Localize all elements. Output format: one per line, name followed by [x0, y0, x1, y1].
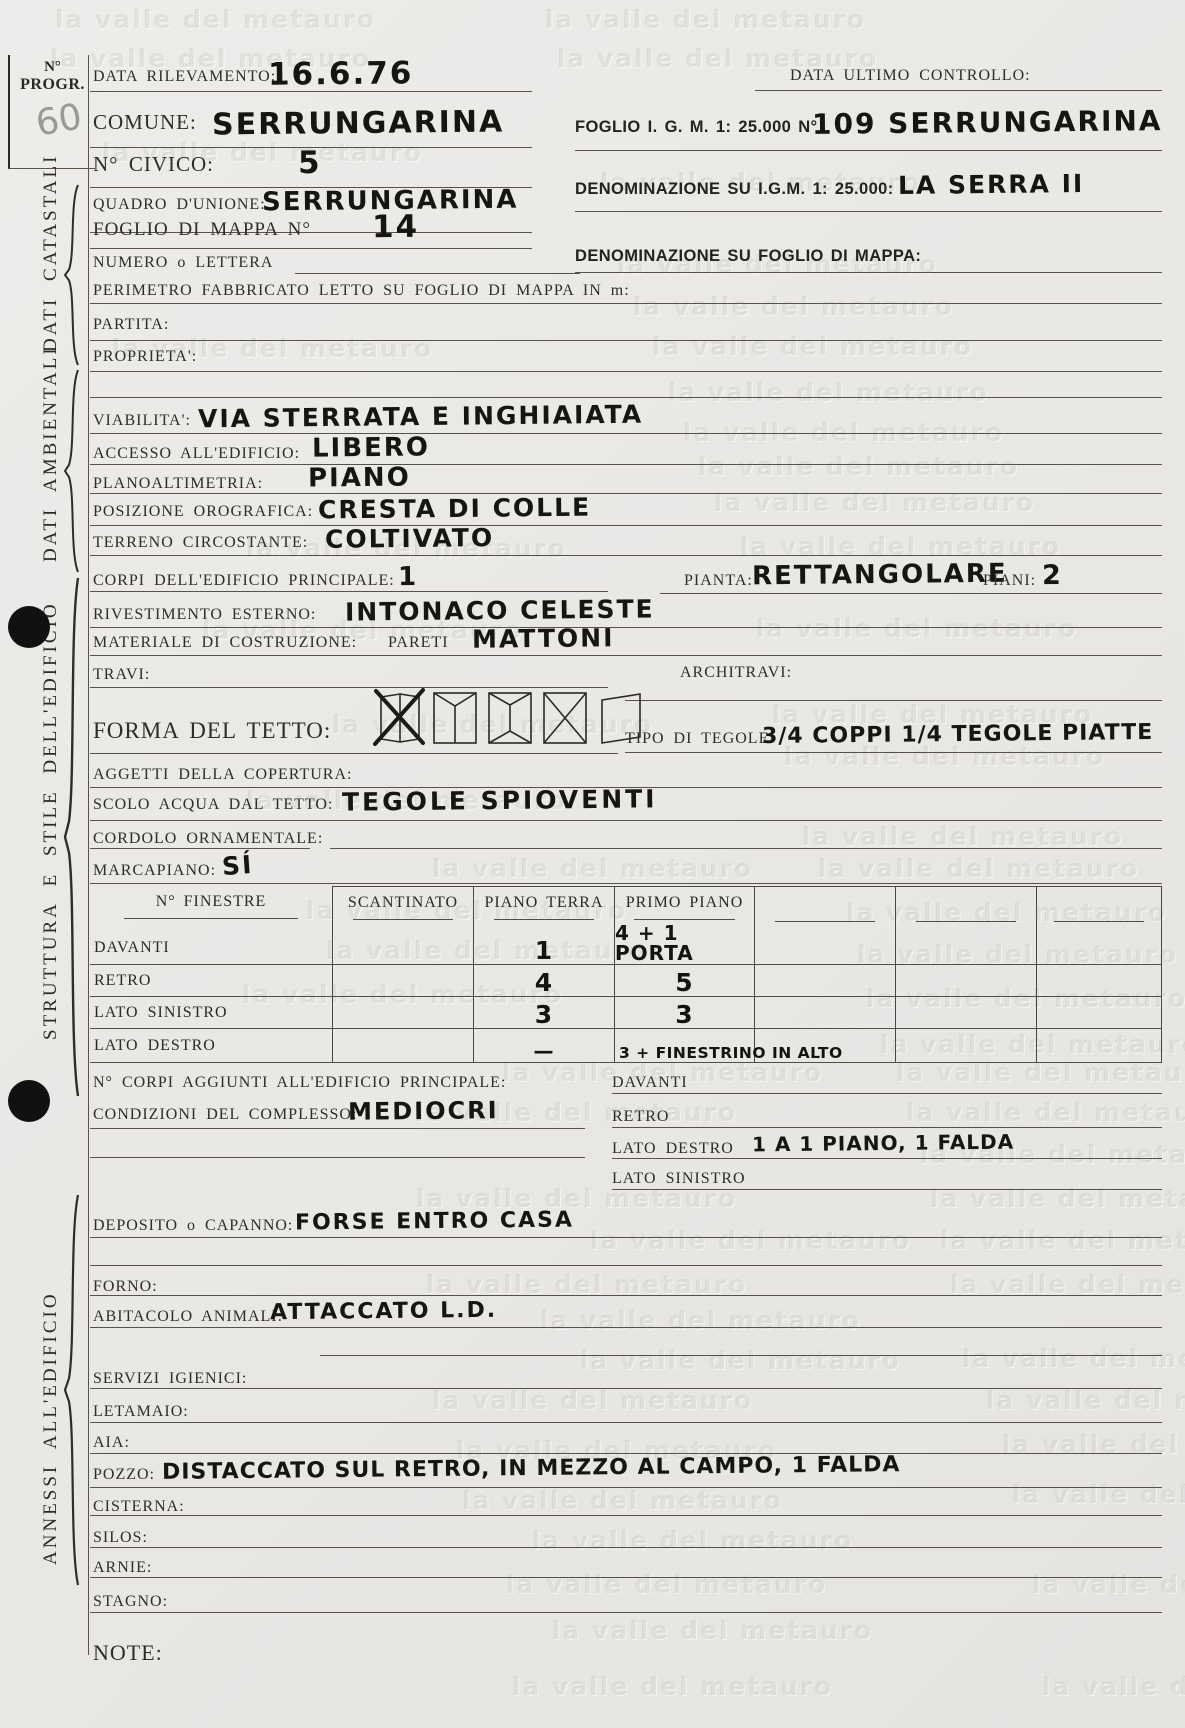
roof-pavilion-icon	[543, 692, 587, 744]
watermark-text: la valle del metauro	[552, 1616, 873, 1645]
finestre-cell-davanti-scantinato	[333, 932, 474, 965]
watermark-text: la valle del metauro	[906, 1098, 1185, 1127]
terreno-value: COLTIVATO	[325, 523, 494, 554]
underline	[90, 493, 1162, 494]
materiale-pareti-label: PARETI	[388, 634, 449, 652]
finestre-header-nfinestre: N° FINESTRE	[90, 886, 333, 932]
scolo-acqua-label: SCOLO ACQUA DAL TETTO:	[93, 796, 333, 814]
forno-label: FORNO:	[93, 1278, 158, 1296]
underline	[353, 919, 454, 920]
underline	[90, 371, 1162, 372]
watermark-text: la valle del metauro	[432, 1386, 753, 1415]
finestre-header-empty	[896, 886, 1037, 932]
finestre-cell-retro-scantinato	[333, 965, 474, 997]
finestre-cell-sinistro-primo-piano: 3	[615, 997, 755, 1029]
cordolo-label: CORDOLO ORNAMENTALE:	[93, 830, 323, 848]
underline	[755, 90, 1162, 91]
section-label-dati-ambientali: DATI AMBIENTALI	[40, 382, 62, 562]
foglio-igm-label: FOGLIO I. G. M. 1: 25.000 N°	[575, 118, 818, 137]
data-rilevamento-label: DATA RILEVAMENTO:	[93, 68, 276, 86]
underline	[660, 593, 1162, 594]
underline	[90, 753, 618, 754]
finestre-header-scantinato: SCANTINATO	[333, 886, 474, 932]
rivestimento-label: RIVESTIMENTO ESTERNO:	[93, 606, 316, 624]
underline	[90, 91, 532, 92]
watermark-text: la valle del metauro	[1012, 1480, 1185, 1509]
planoaltimetria-value: PIANO	[308, 462, 411, 493]
marcapiano-value: SÍ	[221, 850, 254, 881]
corpi-aggiunti-retro-label: RETRO	[612, 1108, 669, 1126]
scolo-acqua-value: TEGOLE SPIOVENTI	[342, 784, 658, 816]
underline	[634, 919, 734, 920]
underline	[90, 1577, 1162, 1578]
underline	[320, 1355, 1162, 1356]
posizione-orografica-label: POSIZIONE OROGRAFICA:	[93, 503, 313, 521]
comune-value: SERRUNGARINA	[212, 104, 505, 142]
watermark-text: la valle del metauro	[818, 854, 1139, 883]
watermark-text: la valle del metauro	[545, 5, 866, 34]
watermark-text: la valle del metauro	[756, 614, 1077, 643]
underline	[90, 555, 1162, 556]
underline	[90, 1422, 1162, 1423]
foglio-mappa-value: 14	[372, 209, 420, 245]
underline	[575, 272, 1162, 273]
pozzo-value: DISTACCATO SUL RETRO, IN MEZZO AL CAMPO,…	[162, 1452, 901, 1485]
underline	[575, 150, 1162, 151]
corpi-aggiunti-davanti-label: DAVANTI	[612, 1074, 688, 1092]
watermark-text: la valle del metauro	[512, 1672, 833, 1701]
letamaio-label: LETAMAIO:	[93, 1403, 189, 1421]
corpi-aggiunti-lato-sinistro-label: LATO SINISTRO	[612, 1170, 746, 1188]
corpi-aggiunti-lato-destro-value: 1 A 1 PIANO, 1 FALDA	[752, 1130, 1014, 1157]
watermark-text: la valle del metauro	[1002, 1430, 1185, 1459]
underline	[90, 1128, 585, 1129]
condizioni-value: MEDIOCRI	[348, 1096, 499, 1126]
proprieta-label: PROPRIETA':	[93, 348, 197, 366]
underline	[330, 848, 1162, 849]
underline	[90, 1453, 1162, 1454]
watermark-text: la valle del metauro	[590, 1226, 911, 1255]
n-civico-label: N° CIVICO:	[93, 152, 214, 177]
finestre-cell-empty	[1037, 997, 1162, 1029]
finestre-cell-empty	[896, 1029, 1037, 1063]
finestre-row-label: RETRO	[90, 965, 333, 997]
underline	[90, 883, 1162, 884]
finestre-cell-retro-piano-terra: 4	[474, 965, 615, 997]
corpi-principale-label: CORPI DELL'EDIFICIO PRINCIPALE:	[93, 572, 395, 590]
watermark-text: la valle del metauro	[55, 5, 376, 34]
watermark-text: la valle del metauro	[986, 1386, 1185, 1415]
underline	[775, 921, 876, 922]
underline	[612, 1189, 1162, 1190]
underline	[90, 591, 608, 592]
planoaltimetria-label: PLANOALTIMETRIA:	[93, 475, 263, 493]
silos-label: SILOS:	[93, 1529, 148, 1547]
underline	[1054, 921, 1143, 922]
finestre-cell-retro-primo-piano: 5	[615, 965, 755, 997]
watermark-text: la valle del metauro	[540, 1306, 861, 1335]
underline	[625, 700, 1162, 701]
finestre-table: N° FINESTRE SCANTINATO PIANO TERRA PRIMO…	[90, 886, 1162, 1063]
n-civico-value: 5	[298, 145, 322, 181]
finestre-cell-destro-scantinato	[333, 1029, 474, 1063]
pianta-label: PIANTA:	[684, 572, 753, 590]
finestre-header-piano-terra: PIANO TERRA	[474, 886, 615, 932]
underline	[90, 340, 1162, 341]
section-label-annessi: ANNESSI ALL'EDIFICIO	[40, 1285, 62, 1565]
underline	[612, 1127, 1162, 1128]
watermark-text: la valle del metauro	[580, 1346, 901, 1375]
underline	[90, 1388, 1162, 1389]
piani-value: 2	[1042, 560, 1063, 591]
underline	[90, 433, 1162, 434]
viabilita-value: VIA STERRATA E INGHIAIATA	[198, 400, 643, 434]
watermark-text: la valle del metauro	[506, 1570, 827, 1599]
partita-label: PARTITA:	[93, 316, 169, 334]
comune-label: COMUNE:	[93, 110, 197, 135]
stagno-label: STAGNO:	[93, 1593, 168, 1611]
underline	[90, 820, 1162, 821]
posizione-orografica-value: CRESTA DI COLLE	[318, 493, 591, 525]
terreno-label: TERRENO CIRCOSTANTE:	[93, 534, 308, 552]
underline	[90, 627, 1162, 628]
denominazione-igm-label: DENOMINAZIONE SU I.G.M. 1: 25.000:	[575, 180, 894, 199]
underline	[494, 919, 595, 920]
pianta-value: RETTANGOLARE	[752, 559, 1008, 592]
underline	[916, 921, 1017, 922]
underline	[90, 397, 1162, 398]
underline	[90, 1515, 1162, 1516]
finestre-cell-empty	[896, 932, 1037, 965]
section-brace-catastali	[64, 185, 80, 365]
finestre-row-label: DAVANTI	[90, 932, 333, 965]
tipo-tegole-label: TIPO DI TEGOLE:	[625, 730, 775, 748]
finestre-cell-empty	[1037, 1029, 1162, 1063]
section-brace-annessi	[64, 1195, 80, 1585]
progr-label-line1: N°	[10, 59, 95, 76]
section-brace-ambientali	[64, 370, 80, 572]
arnie-label: ARNIE:	[93, 1559, 152, 1577]
underline	[295, 273, 580, 274]
quadro-unione-label: QUADRO D'UNIONE:	[93, 196, 266, 214]
underline	[90, 848, 310, 849]
piani-label: PIANI:	[983, 572, 1036, 590]
corpi-aggiunti-label: N° CORPI AGGIUNTI ALL'EDIFICIO PRINCIPAL…	[93, 1074, 506, 1092]
pozzo-label: POZZO:	[93, 1466, 155, 1484]
watermark-text: la valle del metauro	[1032, 1570, 1185, 1599]
content-divider-line	[88, 55, 89, 1655]
watermark-text: la valle del metauro	[1042, 1672, 1185, 1701]
finestre-cell-empty	[896, 997, 1037, 1029]
finestre-cell-empty	[755, 997, 896, 1029]
corpi-aggiunti-lato-destro-label: LATO DESTRO	[612, 1140, 734, 1158]
denominazione-igm-value: LA SERRA II	[898, 169, 1085, 200]
underline	[90, 655, 1162, 656]
watermark-text: la valle del metauro	[940, 1226, 1185, 1255]
note-label: NOTE:	[93, 1640, 163, 1666]
finestre-cell-destro-primo-piano: 3 + FINESTRINO IN ALTO	[615, 1029, 755, 1063]
finestre-row-label: LATO DESTRO	[90, 1029, 333, 1063]
finestre-cell-sinistro-scantinato	[333, 997, 474, 1029]
watermark-text: la valle del metauro	[532, 1526, 853, 1555]
finestre-header-empty	[755, 886, 896, 932]
finestre-row-label: LATO SINISTRO	[90, 997, 333, 1029]
underline	[90, 303, 1162, 304]
accesso-value: LIBERO	[312, 432, 430, 463]
watermark-text: la valle del metauro	[802, 822, 1123, 851]
marcapiano-label: MARCAPIANO:	[93, 862, 216, 880]
underline	[575, 211, 1162, 212]
finestre-cell-empty	[896, 965, 1037, 997]
underline	[90, 464, 1162, 465]
viabilita-label: VIABILITA':	[93, 412, 191, 430]
underline	[90, 1295, 1162, 1296]
accesso-label: ACCESSO ALL'EDIFICIO:	[93, 445, 300, 463]
denominazione-mappa-label: DENOMINAZIONE SU FOGLIO DI MAPPA:	[575, 247, 921, 266]
progr-value: 60	[33, 96, 85, 144]
hole-punch	[8, 606, 50, 648]
underline	[612, 1093, 1162, 1094]
underline	[90, 1487, 1162, 1488]
finestre-cell-davanti-piano-terra: 1	[474, 932, 615, 965]
watermark-text: la valle del metauro	[432, 854, 753, 883]
finestre-header-empty	[1037, 886, 1162, 932]
underline	[90, 1547, 1162, 1548]
watermark-text: la valle del metauro	[962, 1344, 1185, 1373]
underline	[90, 248, 532, 249]
section-brace-struttura	[64, 578, 80, 1096]
abitacolo-label: ABITACOLO ANIMALI:	[93, 1308, 283, 1326]
cisterna-label: CISTERNA:	[93, 1498, 185, 1516]
finestre-cell-empty	[1037, 932, 1162, 965]
forma-tetto-label: FORMA DEL TETTO:	[93, 718, 331, 744]
survey-form-page: la valle del metaurola valle del metauro…	[0, 0, 1185, 1728]
hole-punch	[8, 1080, 50, 1122]
underline	[90, 1327, 1162, 1328]
aia-label: AIA:	[93, 1434, 130, 1452]
materiale-value: MATTONI	[472, 623, 615, 653]
underline	[90, 1265, 1162, 1266]
architravi-label: ARCHITRAVI:	[680, 664, 792, 682]
finestre-cell-destro-piano-terra: —	[474, 1029, 615, 1063]
roof-hip-icon	[488, 692, 532, 744]
underline	[90, 525, 1162, 526]
underline	[90, 687, 608, 688]
finestre-cell-empty	[1037, 965, 1162, 997]
rivestimento-value: INTONACO CELESTE	[345, 594, 655, 626]
finestre-cell-empty	[755, 965, 896, 997]
watermark-text: la valle del metauro	[668, 378, 989, 407]
data-ultimo-controllo-label: DATA ULTIMO CONTROLLO:	[790, 67, 1031, 85]
watermark-text: la valle del metauro	[633, 292, 954, 321]
underline	[612, 1158, 1162, 1159]
underline	[625, 752, 1162, 753]
roof-half-hip-icon	[433, 692, 477, 744]
roof-shape-options	[378, 692, 642, 744]
servizi-label: SERVIZI IGIENICI:	[93, 1370, 247, 1388]
corpi-principale-value: 1	[398, 562, 418, 592]
aggetti-label: AGGETTI DELLA COPERTURA:	[93, 766, 352, 784]
deposito-value: FORSE ENTRO CASA	[295, 1208, 574, 1236]
underline	[90, 1157, 585, 1158]
finestre-cell-sinistro-piano-terra: 3	[474, 997, 615, 1029]
materiale-label: MATERIALE DI COSTRUZIONE:	[93, 634, 357, 652]
finestre-cell-davanti-primo-piano: 4 + 1 PORTA	[615, 932, 755, 965]
watermark-text: la valle del metauro	[698, 452, 1019, 481]
underline	[124, 918, 298, 919]
progr-label-line2: PROGR.	[10, 76, 95, 94]
deposito-label: DEPOSITO o CAPANNO:	[93, 1217, 293, 1235]
numero-lettera-label: NUMERO o LETTERA	[93, 254, 273, 272]
watermark-text: la valle del metauro	[740, 532, 1061, 561]
roof-gable-icon-selected	[378, 692, 422, 744]
condizioni-label: CONDIZIONI DEL COMPLESSO:	[93, 1106, 357, 1124]
data-rilevamento-value: 16.6.76	[268, 55, 414, 93]
foglio-igm-value: 109 SERRUNGARINA	[812, 104, 1163, 141]
underline	[90, 1612, 1162, 1613]
section-label-struttura: STRUTTURA E STILE DELL'EDIFICIO	[40, 662, 62, 1040]
underline	[90, 1237, 1162, 1238]
section-label-dati-catastali: DATI CATASTALI	[40, 212, 62, 352]
travi-label: TRAVI:	[93, 666, 150, 684]
abitacolo-value: ATTACCATO L.D.	[270, 1298, 497, 1325]
finestre-cell-empty	[755, 932, 896, 965]
watermark-text: la valle del metauro	[462, 1486, 783, 1515]
watermark-text: la valle del metauro	[652, 332, 973, 361]
foglio-mappa-label: FOGLIO DI MAPPA N°	[93, 219, 311, 241]
perimetro-label: PERIMETRO FABBRICATO LETTO SU FOGLIO DI …	[93, 282, 630, 300]
tipo-tegole-value: 3/4 COPPI 1/4 TEGOLE PIATTE	[762, 720, 1153, 749]
